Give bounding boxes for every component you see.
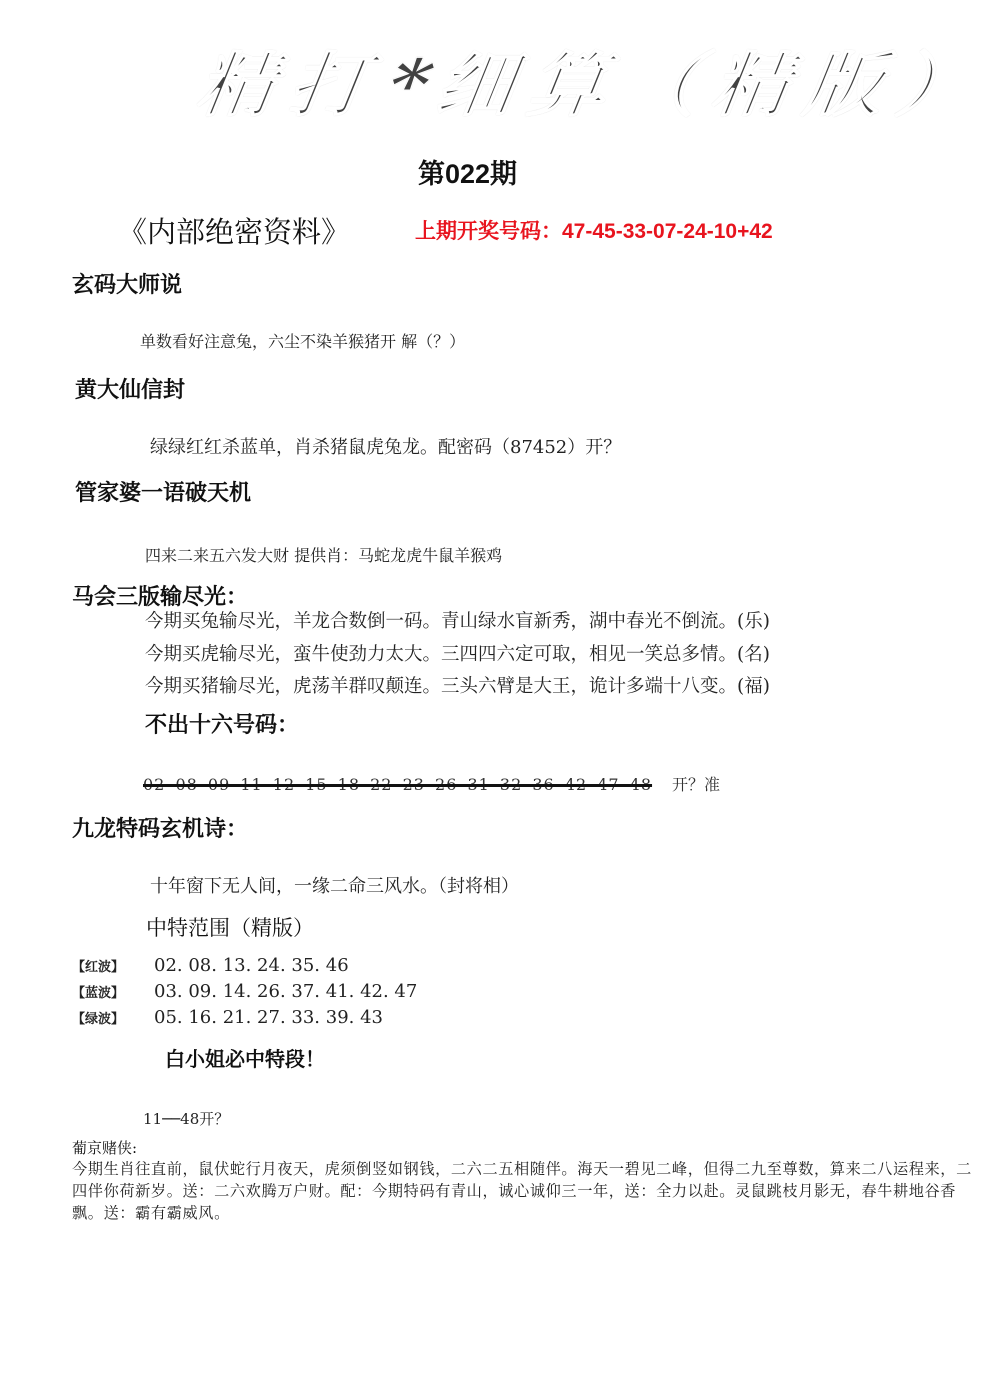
section-title-huang: 黄大仙信封 xyxy=(75,373,185,404)
wave-row-blue: 【蓝波】03. 09. 14. 26. 37. 41. 42. 47 xyxy=(72,981,417,1002)
wave-label: 【红波】 xyxy=(72,956,154,975)
no16-suffix: 开？准 xyxy=(672,775,720,794)
wave-values: 05. 16. 21. 27. 33. 39. 43 xyxy=(154,1007,383,1028)
section-text-pujing: 今期生肖往直前，鼠伏蛇行月夜天，虎须倒竖如钢钱，二六二五相随伴。海天一碧见二峰，… xyxy=(72,1158,972,1224)
wave-row-red: 【红波】02. 08. 13. 24. 35. 46 xyxy=(72,955,349,976)
section-text-housekeeper: 四来二来五六发大财 提供肖：马蛇龙虎牛鼠羊猴鸡 xyxy=(145,543,502,566)
section-text-miss-bai: 11──48开？ xyxy=(143,1108,229,1129)
section-title-miss-bai: 白小姐必中特段！ xyxy=(165,1043,325,1072)
section-title-range: 中特范围（精版） xyxy=(146,912,314,942)
wave-values: 02. 08. 13. 24. 35. 46 xyxy=(154,955,349,976)
section-text-jiulong: 十年窗下无人间，一缘二命三风水。（封将相） xyxy=(150,872,519,898)
wave-label: 【绿波】 xyxy=(72,1008,154,1027)
wave-row-green: 【绿波】05. 16. 21. 27. 33. 39. 43 xyxy=(72,1007,383,1028)
section-title-master: 玄码大师说 xyxy=(72,268,182,299)
section-title-housekeeper: 管家婆一语破天机 xyxy=(75,476,251,507)
secret-label: 《内部绝密资料》 xyxy=(118,210,350,251)
mahui-line: 今期买猪输尽光，虎荡羊群叹颠连。三头六臂是大王，诡计多端十八变。(福) xyxy=(145,672,770,698)
mahui-line: 今期买虎输尽光，蛮牛使劲力太大。三四四六定可取，相见一笑总多情。(名) xyxy=(145,640,770,666)
section-title-no16: 不出十六号码： xyxy=(145,708,299,739)
section-text-master: 单数看好注意兔，六尘不染羊猴猪开 解（？） xyxy=(140,329,465,352)
wave-label: 【蓝波】 xyxy=(72,982,154,1001)
section-text-huang: 绿绿红红杀蓝单，肖杀猪鼠虎兔龙。配密码（87452）开？ xyxy=(150,433,621,459)
section-title-pujing: 葡京赌侠: xyxy=(72,1137,137,1158)
section-title-jiulong: 九龙特码玄机诗： xyxy=(72,812,248,843)
mahui-line: 今期买兔输尽光，羊龙合数倒一码。青山绿水盲新秀，湖中春光不倒流。(乐) xyxy=(145,607,770,633)
wave-values: 03. 09. 14. 26. 37. 41. 42. 47 xyxy=(154,981,417,1002)
last-draw-numbers: 上期开奖号码：47-45-33-07-24-10+42 xyxy=(415,215,773,245)
no16-numbers-row: 02 08 09 11 12 15 18 22 23 26 31 32 36 4… xyxy=(143,772,720,795)
struck-numbers: 02 08 09 11 12 15 18 22 23 26 31 32 36 4… xyxy=(143,775,652,794)
banner-title: 精打*细算（精版） xyxy=(185,39,813,134)
issue-number: 第022期 xyxy=(418,152,517,191)
